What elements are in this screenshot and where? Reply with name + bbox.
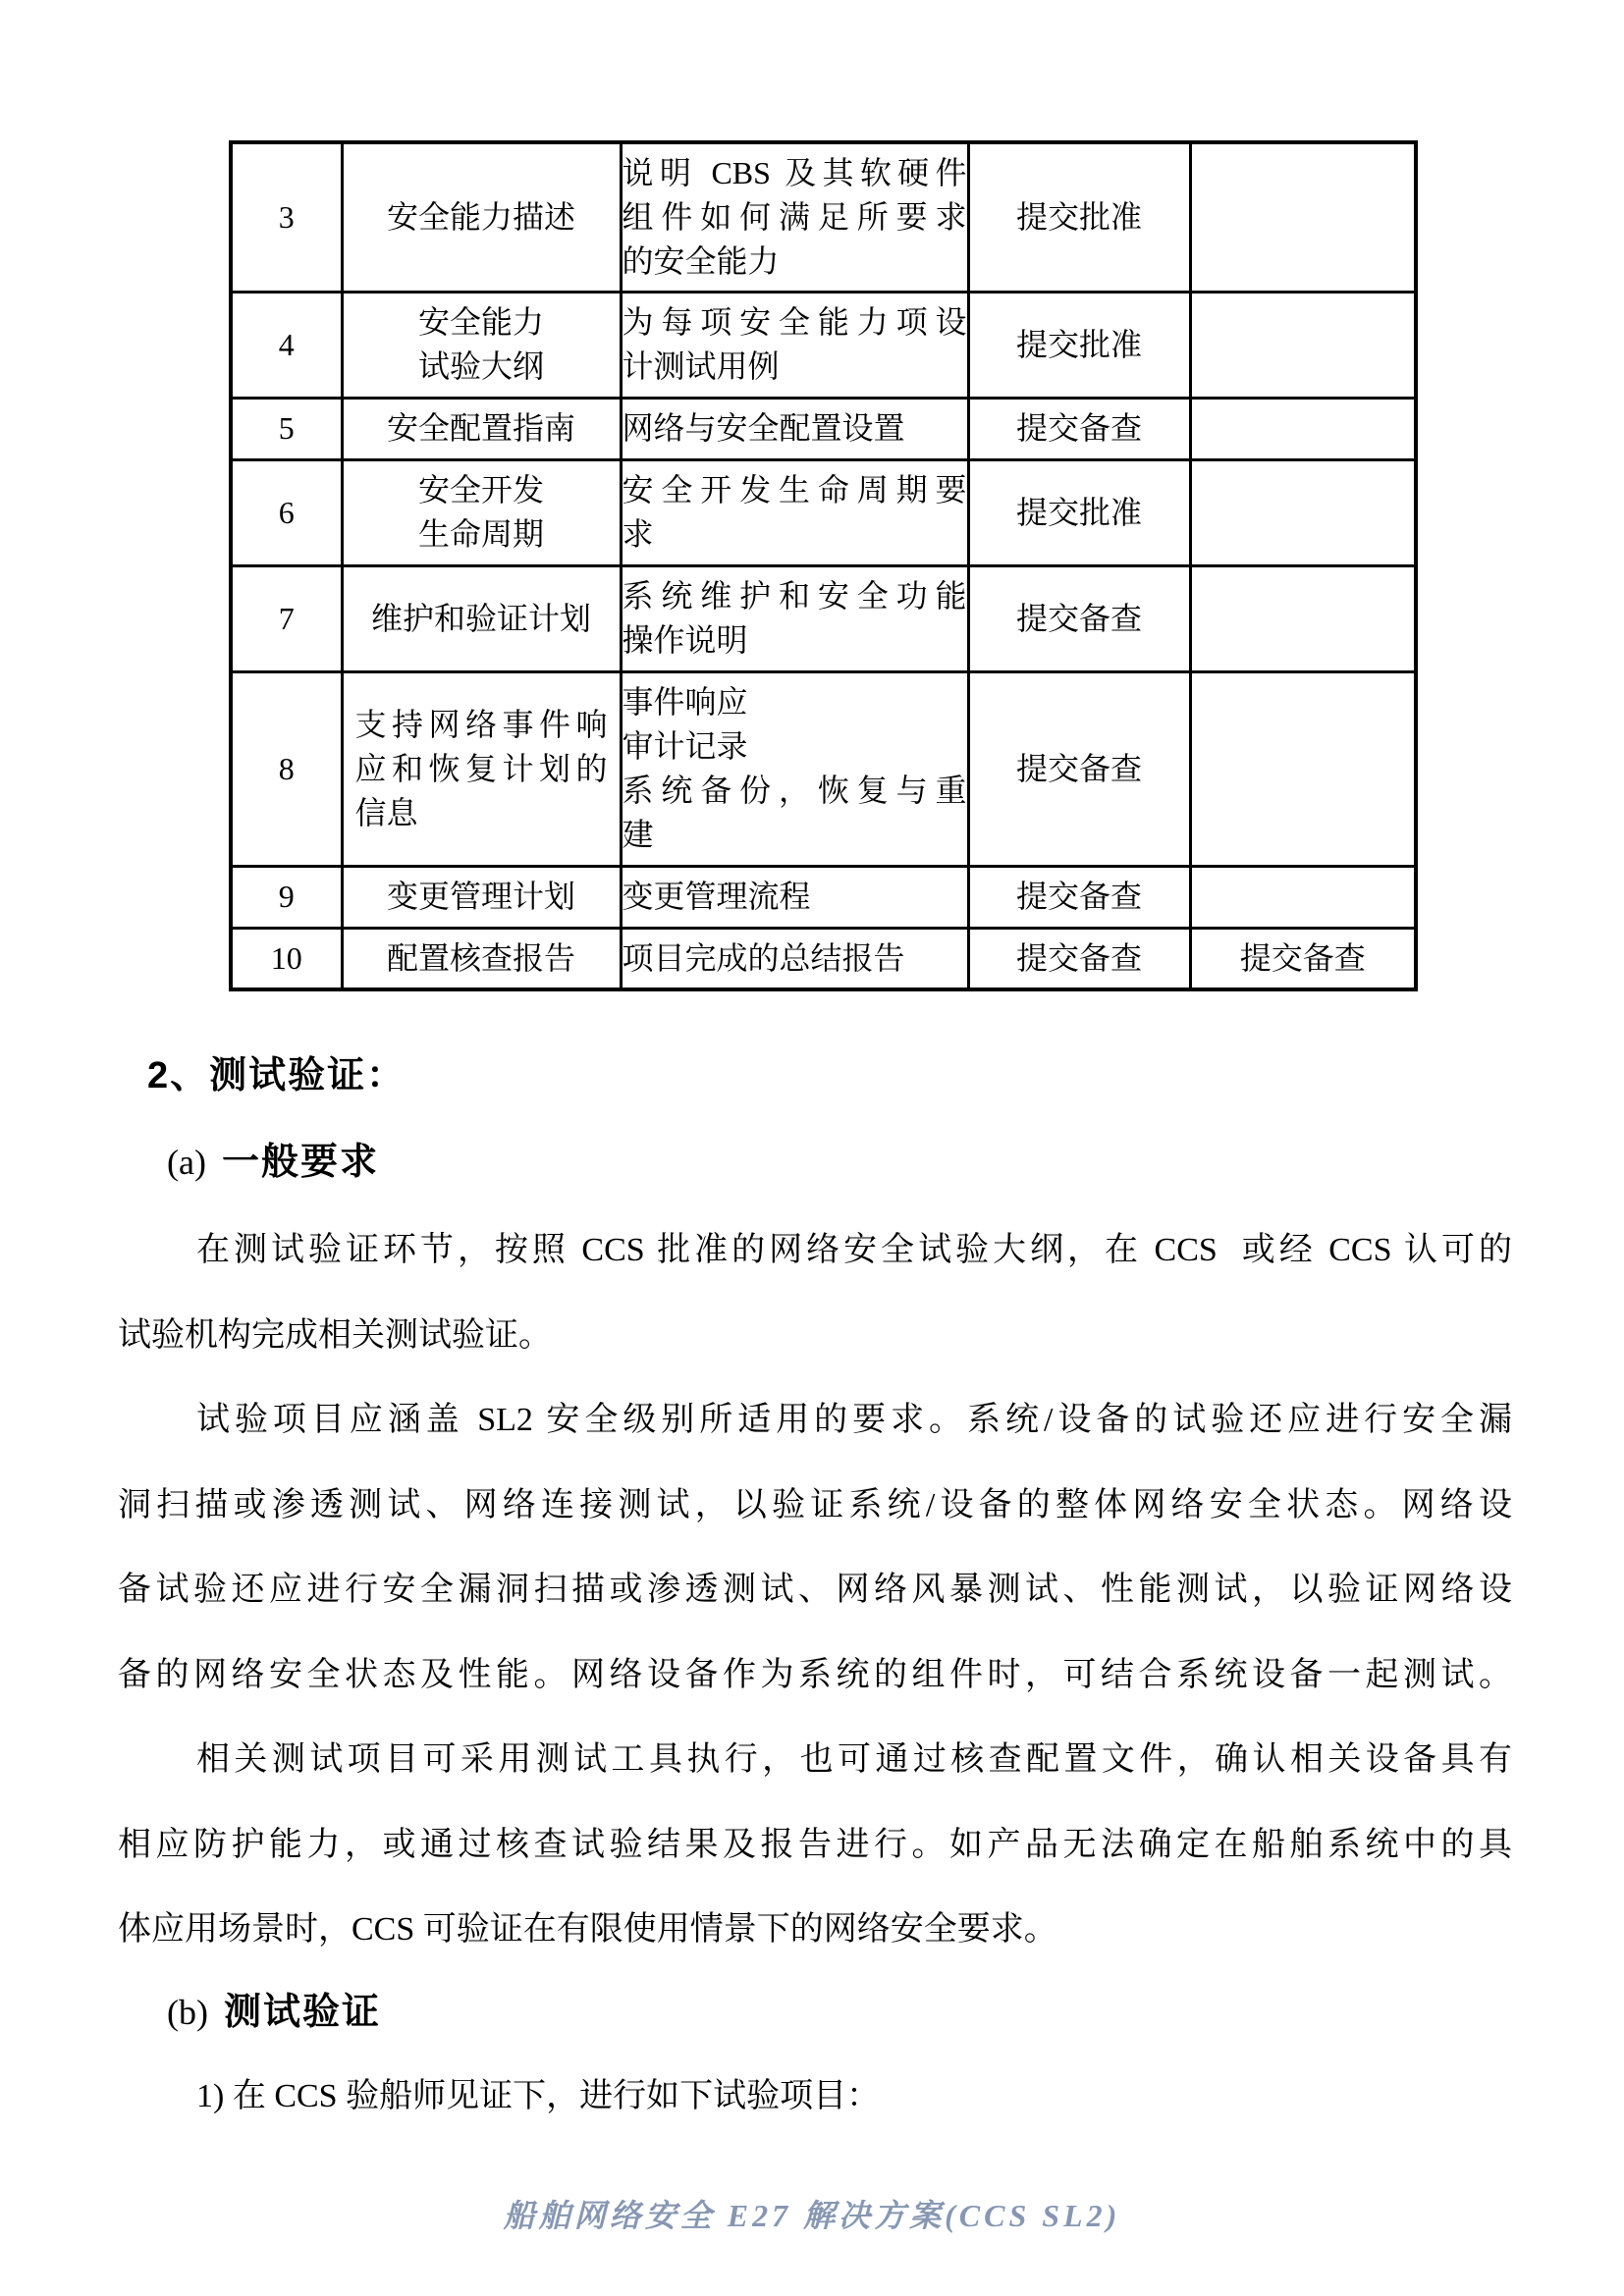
- subsection-a-title: 一般要求: [222, 1142, 379, 1183]
- subsection-a-label: (a): [167, 1143, 206, 1182]
- cell-line: 安全开发生命周期要: [623, 468, 967, 512]
- cell-line: 说明 CBS 及其软硬件: [623, 151, 967, 195]
- doc-name-cell: 安全配置指南: [342, 398, 621, 459]
- status-cell-2: [1190, 671, 1416, 866]
- cell-line: 安全能力: [344, 300, 620, 345]
- cell-line: 建: [623, 813, 967, 857]
- status-cell-1: 提交批准: [968, 142, 1190, 292]
- table-row: 9 变更管理计划 变更管理流程 提交备查: [231, 866, 1416, 928]
- cell-line: 安全配置指南: [344, 406, 620, 451]
- body-line: 试验机构完成相关测试验证。: [118, 1312, 1512, 1360]
- body-line: 备试验还应进行安全漏洞扫描或渗透测试、网络风暴测试、性能测试，以验证网络设: [118, 1567, 1512, 1614]
- table-row: 3 安全能力描述 说明 CBS 及其软硬件 组件如何满足所要求 的安全能力 提交…: [231, 142, 1416, 292]
- body-line: 相应防护能力，或通过核查试验结果及报告进行。如产品无法确定在船舶系统中的具: [118, 1822, 1512, 1869]
- cell-line: 系统备份，恢复与重: [623, 769, 967, 813]
- table-row: 10 配置核查报告 项目完成的总结报告 提交备查 提交备查: [231, 928, 1416, 989]
- cell-line: 的安全能力: [623, 240, 967, 284]
- row-number-cell: 8: [231, 671, 342, 866]
- doc-desc-cell: 说明 CBS 及其软硬件 组件如何满足所要求 的安全能力: [621, 142, 968, 292]
- doc-name-cell: 变更管理计划: [342, 866, 621, 928]
- submission-documents-table: 3 安全能力描述 说明 CBS 及其软硬件 组件如何满足所要求 的安全能力 提交…: [229, 140, 1418, 991]
- row-number-cell: 10: [231, 928, 342, 989]
- doc-name-cell: 配置核查报告: [342, 928, 621, 989]
- cell-line: 操作说明: [623, 618, 967, 663]
- status-cell-1: 提交备查: [968, 565, 1190, 671]
- body-line: 试验项目应涵盖 SL2 安全级别所适用的要求。系统/设备的试验还应进行安全漏: [118, 1397, 1512, 1444]
- document-page: 3 安全能力描述 说明 CBS 及其软硬件 组件如何满足所要求 的安全能力 提交…: [0, 0, 1624, 2296]
- status-cell-2: [1190, 866, 1416, 928]
- body-line: 体应用场景时，CCS 可验证在有限使用情景下的网络安全要求。: [118, 1906, 1512, 1953]
- status-cell-2: 提交备查: [1190, 928, 1416, 989]
- status-cell-1: 提交备查: [968, 398, 1190, 459]
- status-cell-1: 提交批准: [968, 292, 1190, 398]
- body-line: 洞扫描或渗透测试、网络连接测试，以验证系统/设备的整体网络安全状态。网络设: [118, 1482, 1512, 1529]
- status-cell-2: [1190, 459, 1416, 565]
- cell-line: 系统维护和安全功能: [623, 574, 967, 618]
- doc-desc-cell: 网络与安全配置设置: [621, 398, 968, 459]
- cell-line: 信息: [355, 791, 608, 835]
- doc-desc-cell: 变更管理流程: [621, 866, 968, 928]
- doc-desc-cell: 系统维护和安全功能 操作说明: [621, 565, 968, 671]
- section-2-heading: 2、测试验证：: [147, 1052, 406, 1099]
- doc-name-cell: 安全开发 生命周期: [342, 459, 621, 565]
- cell-line: 支持网络事件响: [355, 703, 608, 747]
- status-cell-2: [1190, 142, 1416, 292]
- subsection-b-label: (b): [167, 1993, 208, 2032]
- body-line: 相关测试项目可采用测试工具执行，也可通过核查配置文件，确认相关设备具有: [118, 1736, 1512, 1784]
- doc-name-cell: 支持网络事件响 应和恢复计划的 信息: [342, 671, 621, 866]
- row-number-cell: 9: [231, 866, 342, 928]
- body-line: 备的网络安全状态及性能。网络设备作为系统的组件时，可结合系统设备一起测试。: [118, 1652, 1512, 1699]
- cell-line: 求: [623, 512, 967, 557]
- cell-line: 生命周期: [344, 512, 620, 557]
- cell-line: 安全能力描述: [344, 195, 620, 240]
- status-cell-2: [1190, 398, 1416, 459]
- status-cell-1: 提交备查: [968, 928, 1190, 989]
- table-row: 6 安全开发 生命周期 安全开发生命周期要 求 提交批准: [231, 459, 1416, 565]
- cell-line: 项目完成的总结报告: [623, 936, 967, 981]
- cell-line: 审计记录: [623, 724, 967, 769]
- table-row: 5 安全配置指南 网络与安全配置设置 提交备查: [231, 398, 1416, 459]
- row-number-cell: 5: [231, 398, 342, 459]
- cell-line: 变更管理计划: [344, 875, 620, 919]
- doc-name-cell: 安全能力 试验大纲: [342, 292, 621, 398]
- cell-line: 网络与安全配置设置: [623, 406, 967, 451]
- cell-line: 组件如何满足所要求: [623, 195, 967, 240]
- table-row: 8 支持网络事件响 应和恢复计划的 信息 事件响应 审计记录 系统备份，恢复与重…: [231, 671, 1416, 866]
- table-row: 7 维护和验证计划 系统维护和安全功能 操作说明 提交备查: [231, 565, 1416, 671]
- table-row: 4 安全能力 试验大纲 为每项安全能力项设 计测试用例 提交批准: [231, 292, 1416, 398]
- list-item-1: 1) 在 CCS 验船师见证下，进行如下试验项目：: [196, 2073, 880, 2120]
- cell-line: 试验大纲: [344, 345, 620, 389]
- doc-desc-cell: 安全开发生命周期要 求: [621, 459, 968, 565]
- cell-line: 维护和验证计划: [344, 597, 620, 641]
- row-number-cell: 7: [231, 565, 342, 671]
- cell-line: 为每项安全能力项设: [623, 300, 967, 345]
- doc-desc-cell: 事件响应 审计记录 系统备份，恢复与重 建: [621, 671, 968, 866]
- doc-desc-cell: 项目完成的总结报告: [621, 928, 968, 989]
- cell-line: 安全开发: [344, 468, 620, 512]
- doc-desc-cell: 为每项安全能力项设 计测试用例: [621, 292, 968, 398]
- status-cell-2: [1190, 292, 1416, 398]
- status-cell-1: 提交批准: [968, 459, 1190, 565]
- status-cell-1: 提交备查: [968, 671, 1190, 866]
- subsection-b-heading: (b)测试验证: [167, 1989, 381, 2044]
- row-number-cell: 3: [231, 142, 342, 292]
- status-cell-1: 提交备查: [968, 866, 1190, 928]
- cell-line: 变更管理流程: [623, 875, 967, 919]
- cell-line: 应和恢复计划的: [355, 747, 608, 791]
- doc-name-cell: 安全能力描述: [342, 142, 621, 292]
- body-line: 在测试验证环节，按照 CCS 批准的网络安全试验大纲，在 CCS 或经 CCS …: [118, 1227, 1512, 1274]
- subsection-a-heading: (a)一般要求: [167, 1139, 379, 1194]
- row-number-cell: 4: [231, 292, 342, 398]
- row-number-cell: 6: [231, 459, 342, 565]
- status-cell-2: [1190, 565, 1416, 671]
- doc-name-cell: 维护和验证计划: [342, 565, 621, 671]
- cell-line: 计测试用例: [623, 345, 967, 389]
- cell-line: 事件响应: [623, 680, 967, 724]
- page-footer-text: 船舶网络安全 E27 解决方案(CCS SL2): [0, 2191, 1624, 2236]
- subsection-b-title: 测试验证: [224, 1992, 381, 2033]
- cell-line: 配置核查报告: [344, 936, 620, 981]
